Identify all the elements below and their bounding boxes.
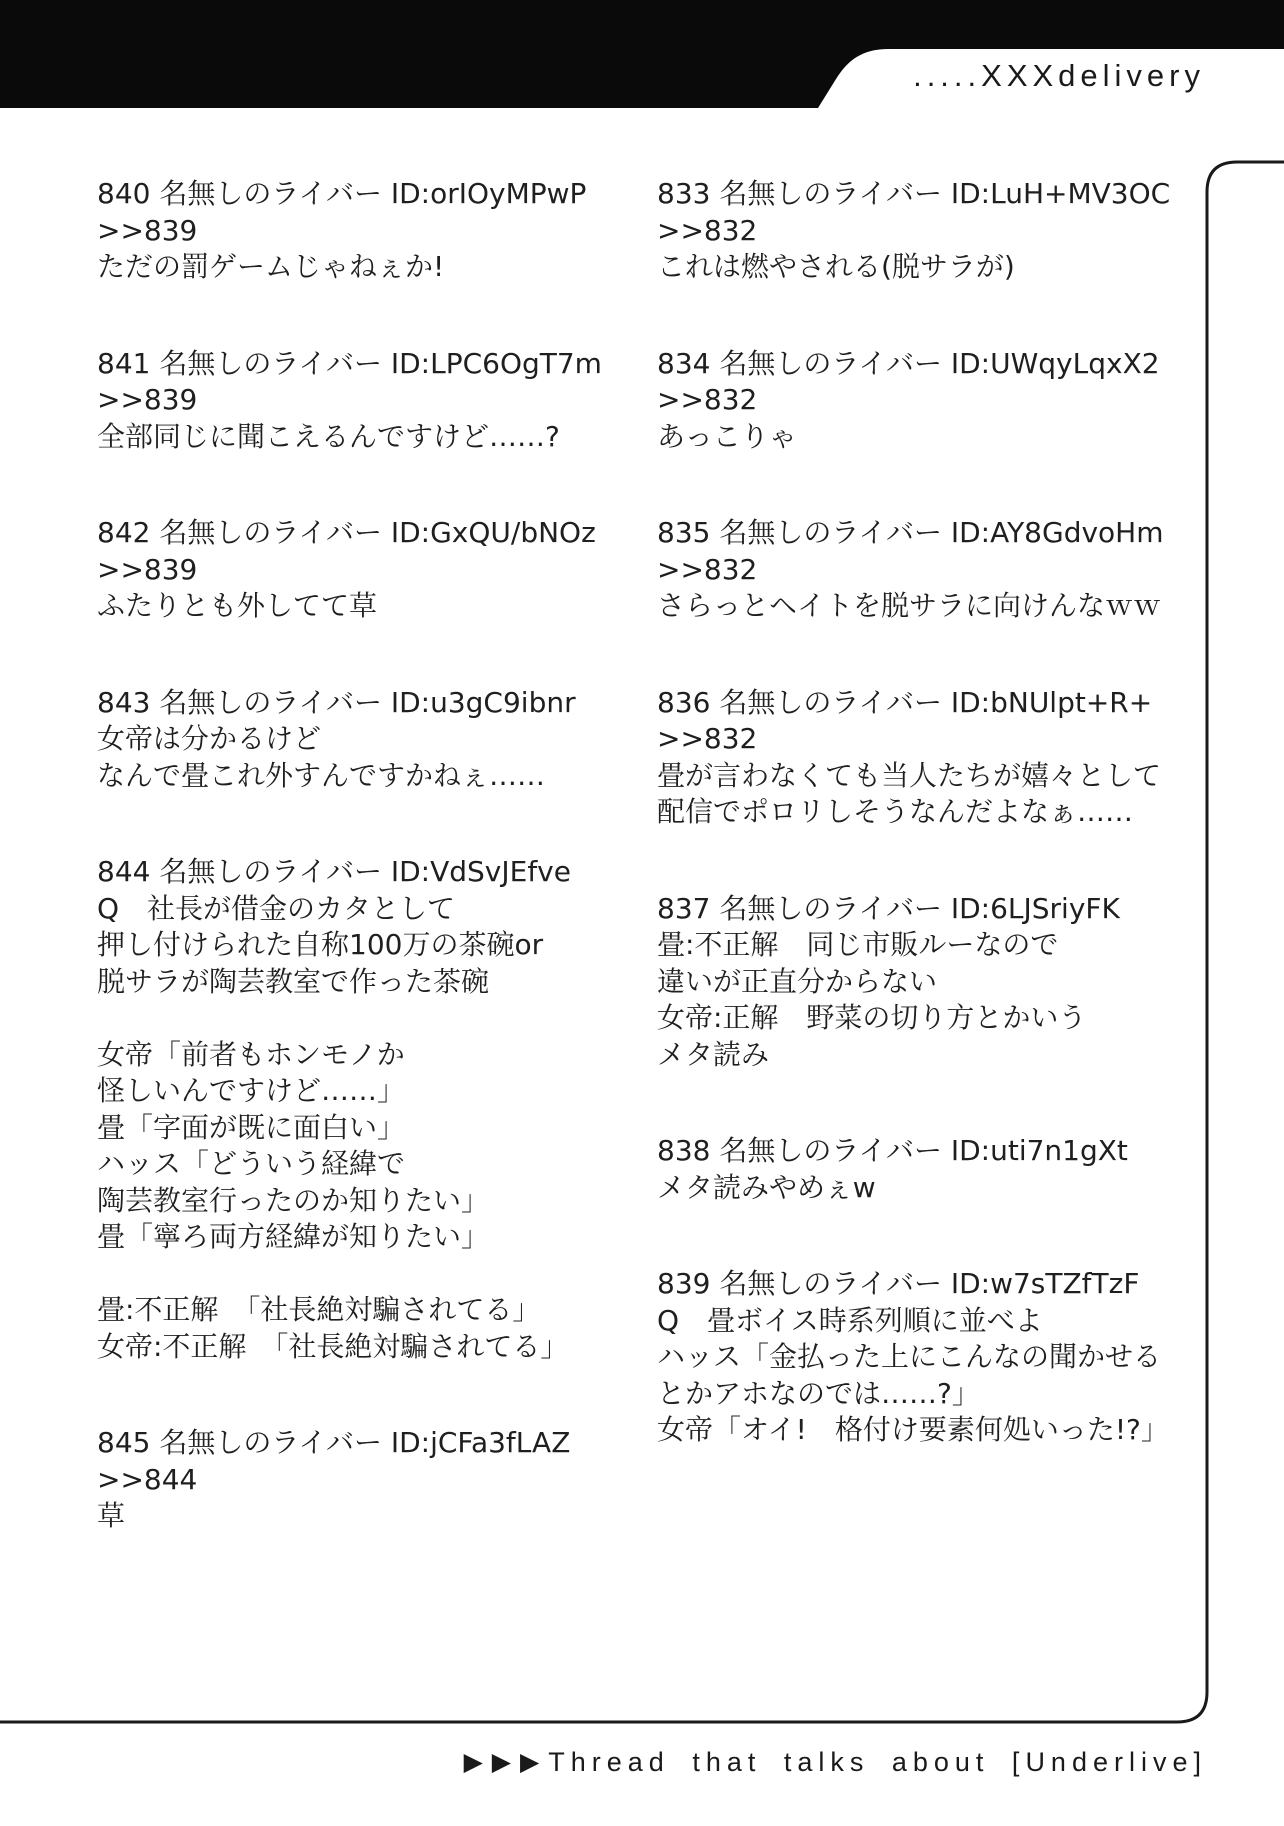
forum-post: 833 名無しのライバー ID:LuH+MV3OC>>832これは燃やされる(脱… (657, 176, 1157, 286)
reply-anchor: >>844 (97, 1462, 597, 1499)
forum-post: 840 名無しのライバー ID:orIOyMPwP>>839ただの罰ゲームじゃね… (97, 176, 597, 286)
post-line: 押し付けられた自称100万の茶碗or (97, 927, 597, 964)
footer-caption: ▶ ▶ ▶ Thread that talks about [Underlive… (464, 1747, 1207, 1778)
post-line: 女帝:正解 野菜の切り方とかいう (657, 1000, 1157, 1037)
post-line: メタ読みやめぇw (657, 1170, 1157, 1207)
footer-caption-text: Thread that talks about [Underlive] (548, 1747, 1207, 1778)
post-line: あっこりゃ (657, 419, 1157, 456)
thread-column-right: 833 名無しのライバー ID:LuH+MV3OC>>832これは燃やされる(脱… (657, 176, 1157, 1509)
reply-anchor: >>832 (657, 213, 1157, 250)
forum-post: 838 名無しのライバー ID:uti7n1gXtメタ読みやめぇw (657, 1133, 1157, 1206)
post-line: 配信でポロリしそうなんだよなぁ…… (657, 794, 1157, 831)
header-band: .....XXXdelivery (0, 0, 1284, 108)
forum-post: 834 名無しのライバー ID:UWqyLqxX2>>832あっこりゃ (657, 346, 1157, 456)
forum-post: 845 名無しのライバー ID:jCFa3fLAZ>>844草 (97, 1425, 597, 1535)
thread-column-left: 840 名無しのライバー ID:orIOyMPwP>>839ただの罰ゲームじゃね… (97, 176, 597, 1595)
reply-anchor: >>832 (657, 721, 1157, 758)
post-line: これは燃やされる(脱サラが) (657, 249, 1157, 286)
post-line: 女帝は分かるけど (97, 721, 597, 758)
post-line: ふたりとも外してて草 (97, 588, 597, 625)
post-line: 畳「寧ろ両方経緯が知りたい」 (97, 1219, 597, 1256)
forum-post: 839 名無しのライバー ID:w7sTZfTzFQ 畳ボイス時系列順に並べよハ… (657, 1266, 1157, 1449)
brand-label: .....XXXdelivery (913, 60, 1205, 91)
post-line: とかアホなのでは……?」 (657, 1376, 1157, 1413)
post-line: 畳「字面が既に面白い」 (97, 1110, 597, 1147)
forum-post: 835 名無しのライバー ID:AY8GdvoHm>>832さらっとヘイトを脱サ… (657, 515, 1157, 625)
reply-anchor: >>832 (657, 382, 1157, 419)
post-line: 女帝「前者もホンモノか (97, 1037, 597, 1074)
post-header: 842 名無しのライバー ID:GxQU/bNOz (97, 515, 597, 552)
post-line: ハッス「どういう経緯で (97, 1146, 597, 1183)
post-header: 837 名無しのライバー ID:6LJSriyFK (657, 891, 1157, 928)
post-line: 女帝「オイ! 格付け要素何処いった!?」 (657, 1412, 1157, 1449)
post-line: メタ読み (657, 1037, 1157, 1074)
post-line: 畳:不正解 同じ市販ルーなので (657, 927, 1157, 964)
post-line: ただの罰ゲームじゃねぇか! (97, 249, 597, 286)
post-header: 841 名無しのライバー ID:LPC6OgT7m (97, 346, 597, 383)
post-header: 839 名無しのライバー ID:w7sTZfTzF (657, 1266, 1157, 1303)
post-header: 836 名無しのライバー ID:bNUlpt+R+ (657, 685, 1157, 722)
forum-post: 844 名無しのライバー ID:VdSvJEfveQ 社長が借金のカタとして押し… (97, 854, 597, 1365)
post-line: 草 (97, 1498, 597, 1535)
post-line: 女帝:不正解 「社長絶対騙されてる」 (97, 1329, 597, 1366)
reply-anchor: >>832 (657, 552, 1157, 589)
forum-post: 841 名無しのライバー ID:LPC6OgT7m>>839全部同じに聞こえるん… (97, 346, 597, 456)
post-line: 怪しいんですけど……」 (97, 1073, 597, 1110)
post-header: 833 名無しのライバー ID:LuH+MV3OC (657, 176, 1157, 213)
post-header: 845 名無しのライバー ID:jCFa3fLAZ (97, 1425, 597, 1462)
forum-post: 843 名無しのライバー ID:u3gC9ibnr女帝は分かるけどなんで畳これ外… (97, 685, 597, 795)
post-line: なんで畳これ外すんですかねぇ…… (97, 758, 597, 795)
reply-anchor: >>839 (97, 382, 597, 419)
forum-post: 836 名無しのライバー ID:bNUlpt+R+>>832畳が言わなくても当人… (657, 685, 1157, 831)
forum-post: 837 名無しのライバー ID:6LJSriyFK畳:不正解 同じ市販ルーなので… (657, 891, 1157, 1074)
post-header: 834 名無しのライバー ID:UWqyLqxX2 (657, 346, 1157, 383)
play-arrow-icon: ▶ (520, 1749, 539, 1776)
post-line: 脱サラが陶芸教室で作った茶碗 (97, 964, 597, 1001)
post-line: Q 畳ボイス時系列順に並べよ (657, 1303, 1157, 1340)
post-line: 全部同じに聞こえるんですけど……? (97, 419, 597, 456)
post-line (97, 1000, 597, 1037)
post-line: さらっとヘイトを脱サラに向けんなｗｗ (657, 588, 1157, 625)
post-header: 835 名無しのライバー ID:AY8GdvoHm (657, 515, 1157, 552)
post-line: Q 社長が借金のカタとして (97, 891, 597, 928)
post-line: 違いが正直分からない (657, 964, 1157, 1001)
reply-anchor: >>839 (97, 213, 597, 250)
post-line: ハッス「金払った上にこんなの聞かせる (657, 1339, 1157, 1376)
post-line (97, 1256, 597, 1293)
forum-post: 842 名無しのライバー ID:GxQU/bNOz>>839ふたりとも外してて草 (97, 515, 597, 625)
post-header: 843 名無しのライバー ID:u3gC9ibnr (97, 685, 597, 722)
play-arrow-icon: ▶ (464, 1749, 483, 1776)
post-header: 844 名無しのライバー ID:VdSvJEfve (97, 854, 597, 891)
post-header: 838 名無しのライバー ID:uti7n1gXt (657, 1133, 1157, 1170)
reply-anchor: >>839 (97, 552, 597, 589)
play-arrow-icon: ▶ (492, 1749, 511, 1776)
post-line: 陶芸教室行ったのか知りたい」 (97, 1183, 597, 1220)
post-line: 畳が言わなくても当人たちが嬉々として (657, 758, 1157, 795)
post-header: 840 名無しのライバー ID:orIOyMPwP (97, 176, 597, 213)
post-line: 畳:不正解 「社長絶対騙されてる」 (97, 1292, 597, 1329)
